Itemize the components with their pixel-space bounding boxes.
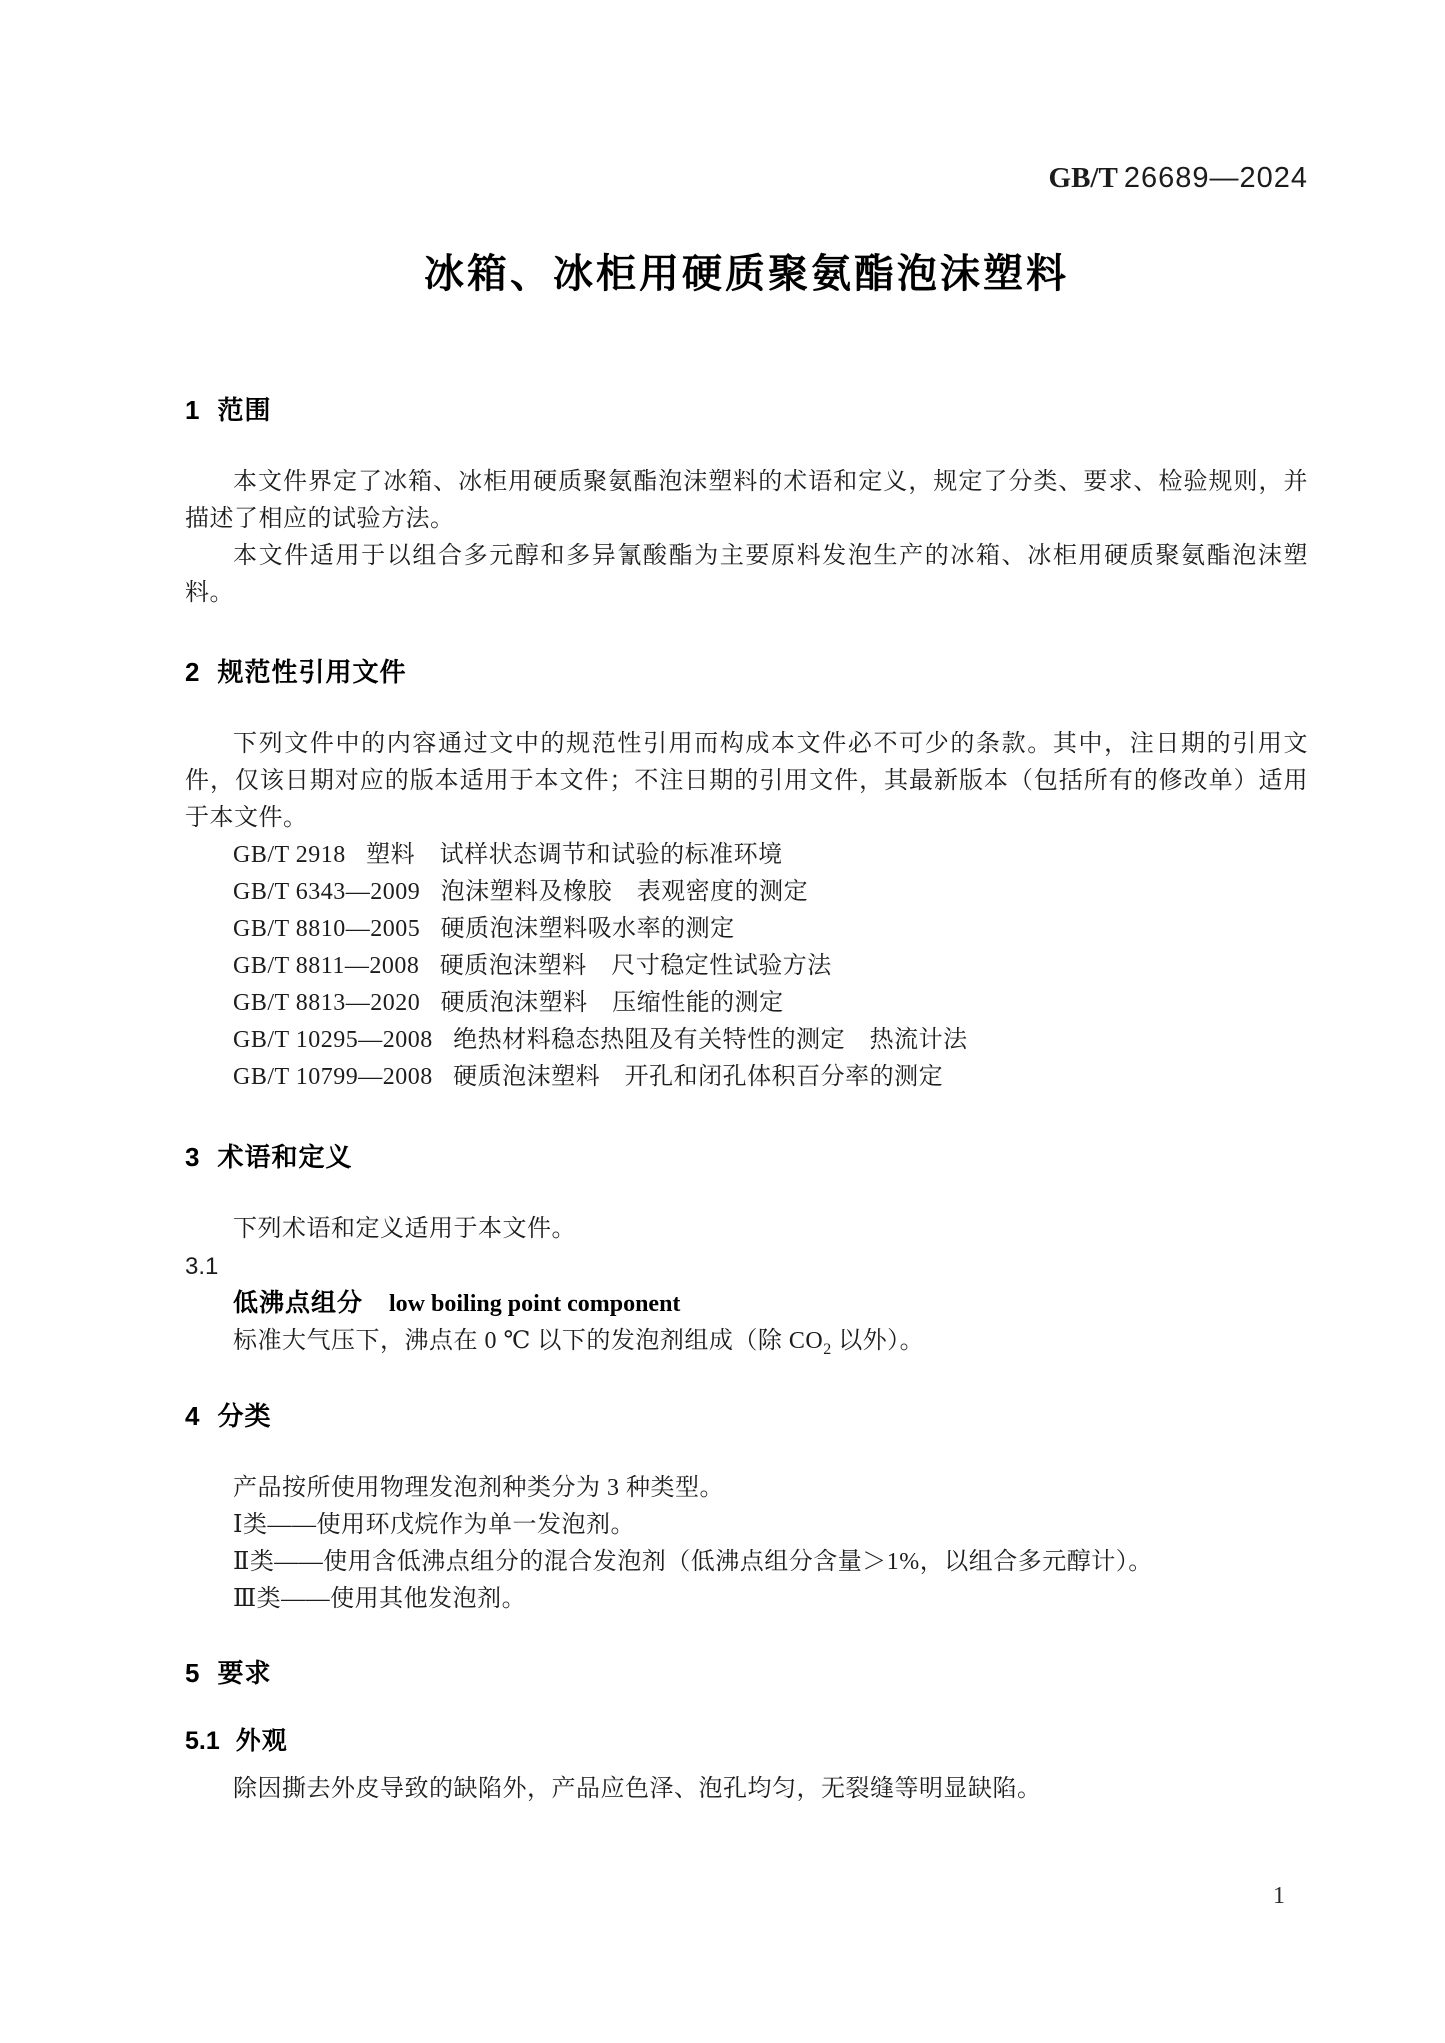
page-number: 1 bbox=[1273, 1882, 1285, 1910]
document-title: 冰箱、冰柜用硬质聚氨酯泡沫塑料 bbox=[185, 250, 1308, 298]
reference-code: GB/T 8810—2005 bbox=[233, 916, 420, 942]
subclause-5-1-label: 外观 bbox=[236, 1727, 288, 1755]
classification-item: Ⅲ类——使用其他发泡剂。 bbox=[185, 1581, 1308, 1618]
reference-title: 硬质泡沫塑料吸水率的测定 bbox=[441, 916, 735, 942]
clause-4-label: 分类 bbox=[217, 1401, 271, 1431]
appearance-paragraph: 除因撕去外皮导致的缺陷外，产品应色泽、泡孔均匀，无裂缝等明显缺陷。 bbox=[185, 1771, 1308, 1808]
term-definition-pre: 标准大气压下，沸点在 0 ℃ 以下的发泡剂组成（除 CO bbox=[233, 1328, 823, 1354]
reference-code: GB/T 10799—2008 bbox=[233, 1064, 433, 1090]
term-definition-post: 以外）。 bbox=[832, 1328, 925, 1354]
term-clause-number: 3.1 bbox=[185, 1248, 1308, 1285]
clause-4-heading: 4分类 bbox=[185, 1399, 1308, 1433]
reference-code: GB/T 2918 bbox=[233, 842, 346, 868]
classification-item: Ⅰ类——使用环戊烷作为单一发泡剂。 bbox=[185, 1507, 1308, 1544]
clause-1-label: 范围 bbox=[217, 395, 271, 425]
clause-2-label: 规范性引用文件 bbox=[217, 657, 406, 687]
reference-item: GB/T 8810—2005硬质泡沫塑料吸水率的测定 bbox=[185, 911, 1308, 948]
subclause-5-1-number: 5.1 bbox=[185, 1727, 220, 1755]
reference-item: GB/T 10295—2008绝热材料稳态热阻及有关特性的测定 热流计法 bbox=[185, 1022, 1308, 1059]
reference-code: GB/T 10295—2008 bbox=[233, 1027, 433, 1053]
reference-code: GB/T 8813—2020 bbox=[233, 990, 420, 1016]
scope-paragraph-2: 本文件适用于以组合多元醇和多异氰酸酯为主要原料发泡生产的冰箱、冰柜用硬质聚氨酯泡… bbox=[185, 538, 1308, 612]
term-definition-subscript: 2 bbox=[823, 1341, 832, 1358]
standard-code-prefix: GB/T bbox=[1049, 162, 1118, 194]
term-name-en: low boiling point component bbox=[389, 1291, 680, 1317]
clause-3-number: 3 bbox=[185, 1142, 199, 1172]
reference-title: 硬质泡沫塑料 尺寸稳定性试验方法 bbox=[440, 953, 832, 979]
reference-code: GB/T 8811—2008 bbox=[233, 953, 419, 979]
subclause-5-1-heading: 5.1外观 bbox=[185, 1724, 1308, 1758]
clause-4-number: 4 bbox=[185, 1401, 199, 1431]
classification-list: Ⅰ类——使用环戊烷作为单一发泡剂。 Ⅱ类——使用含低沸点组分的混合发泡剂（低沸点… bbox=[185, 1507, 1308, 1618]
reference-title: 硬质泡沫塑料 开孔和闭孔体积百分率的测定 bbox=[453, 1064, 943, 1090]
reference-item: GB/T 2918塑料 试样状态调节和试验的标准环境 bbox=[185, 837, 1308, 874]
terms-intro: 下列术语和定义适用于本文件。 bbox=[185, 1211, 1308, 1248]
reference-title: 泡沫塑料及橡胶 表观密度的测定 bbox=[441, 879, 809, 905]
clause-2-heading: 2规范性引用文件 bbox=[185, 655, 1308, 689]
scope-paragraph-1: 本文件界定了冰箱、冰柜用硬质聚氨酯泡沫塑料的术语和定义，规定了分类、要求、检验规… bbox=[185, 464, 1308, 538]
reference-item: GB/T 10799—2008硬质泡沫塑料 开孔和闭孔体积百分率的测定 bbox=[185, 1059, 1308, 1096]
clause-5-number: 5 bbox=[185, 1658, 199, 1688]
clause-2-number: 2 bbox=[185, 657, 199, 687]
clause-1-number: 1 bbox=[185, 395, 199, 425]
clause-1-heading: 1范围 bbox=[185, 393, 1308, 427]
clause-3-heading: 3术语和定义 bbox=[185, 1140, 1308, 1174]
reference-item: GB/T 6343—2009泡沫塑料及橡胶 表观密度的测定 bbox=[185, 874, 1308, 911]
classification-intro: 产品按所使用物理发泡剂种类分为 3 种类型。 bbox=[185, 1470, 1308, 1507]
term-name-zh: 低沸点组分 bbox=[233, 1289, 363, 1317]
clause-5-heading: 5要求 bbox=[185, 1656, 1308, 1690]
clause-3-label: 术语和定义 bbox=[217, 1142, 352, 1172]
classification-item: Ⅱ类——使用含低沸点组分的混合发泡剂（低沸点组分含量＞1%，以组合多元醇计）。 bbox=[185, 1544, 1308, 1581]
term-definition: 标准大气压下，沸点在 0 ℃ 以下的发泡剂组成（除 CO2 以外）。 bbox=[185, 1323, 1308, 1360]
clause-5-label: 要求 bbox=[217, 1658, 271, 1688]
reference-title: 硬质泡沫塑料 压缩性能的测定 bbox=[441, 990, 784, 1016]
term-entry: 低沸点组分low boiling point component bbox=[185, 1285, 1308, 1323]
reference-item: GB/T 8811—2008硬质泡沫塑料 尺寸稳定性试验方法 bbox=[185, 948, 1308, 985]
reference-list: GB/T 2918塑料 试样状态调节和试验的标准环境 GB/T 6343—200… bbox=[185, 837, 1308, 1096]
standard-code-number: 26689—2024 bbox=[1124, 162, 1308, 194]
standard-document-page: GB/T26689—2024 冰箱、冰柜用硬质聚氨酯泡沫塑料 1范围 本文件界定… bbox=[0, 0, 1445, 2043]
references-intro: 下列文件中的内容通过文中的规范性引用而构成本文件必不可少的条款。其中，注日期的引… bbox=[185, 726, 1308, 837]
reference-item: GB/T 8813—2020硬质泡沫塑料 压缩性能的测定 bbox=[185, 985, 1308, 1022]
page-content: GB/T26689—2024 冰箱、冰柜用硬质聚氨酯泡沫塑料 1范围 本文件界定… bbox=[0, 0, 1445, 1808]
reference-title: 塑料 试样状态调节和试验的标准环境 bbox=[366, 842, 783, 868]
reference-code: GB/T 6343—2009 bbox=[233, 879, 420, 905]
standard-code: GB/T26689—2024 bbox=[185, 160, 1308, 196]
reference-title: 绝热材料稳态热阻及有关特性的测定 热流计法 bbox=[453, 1027, 968, 1053]
